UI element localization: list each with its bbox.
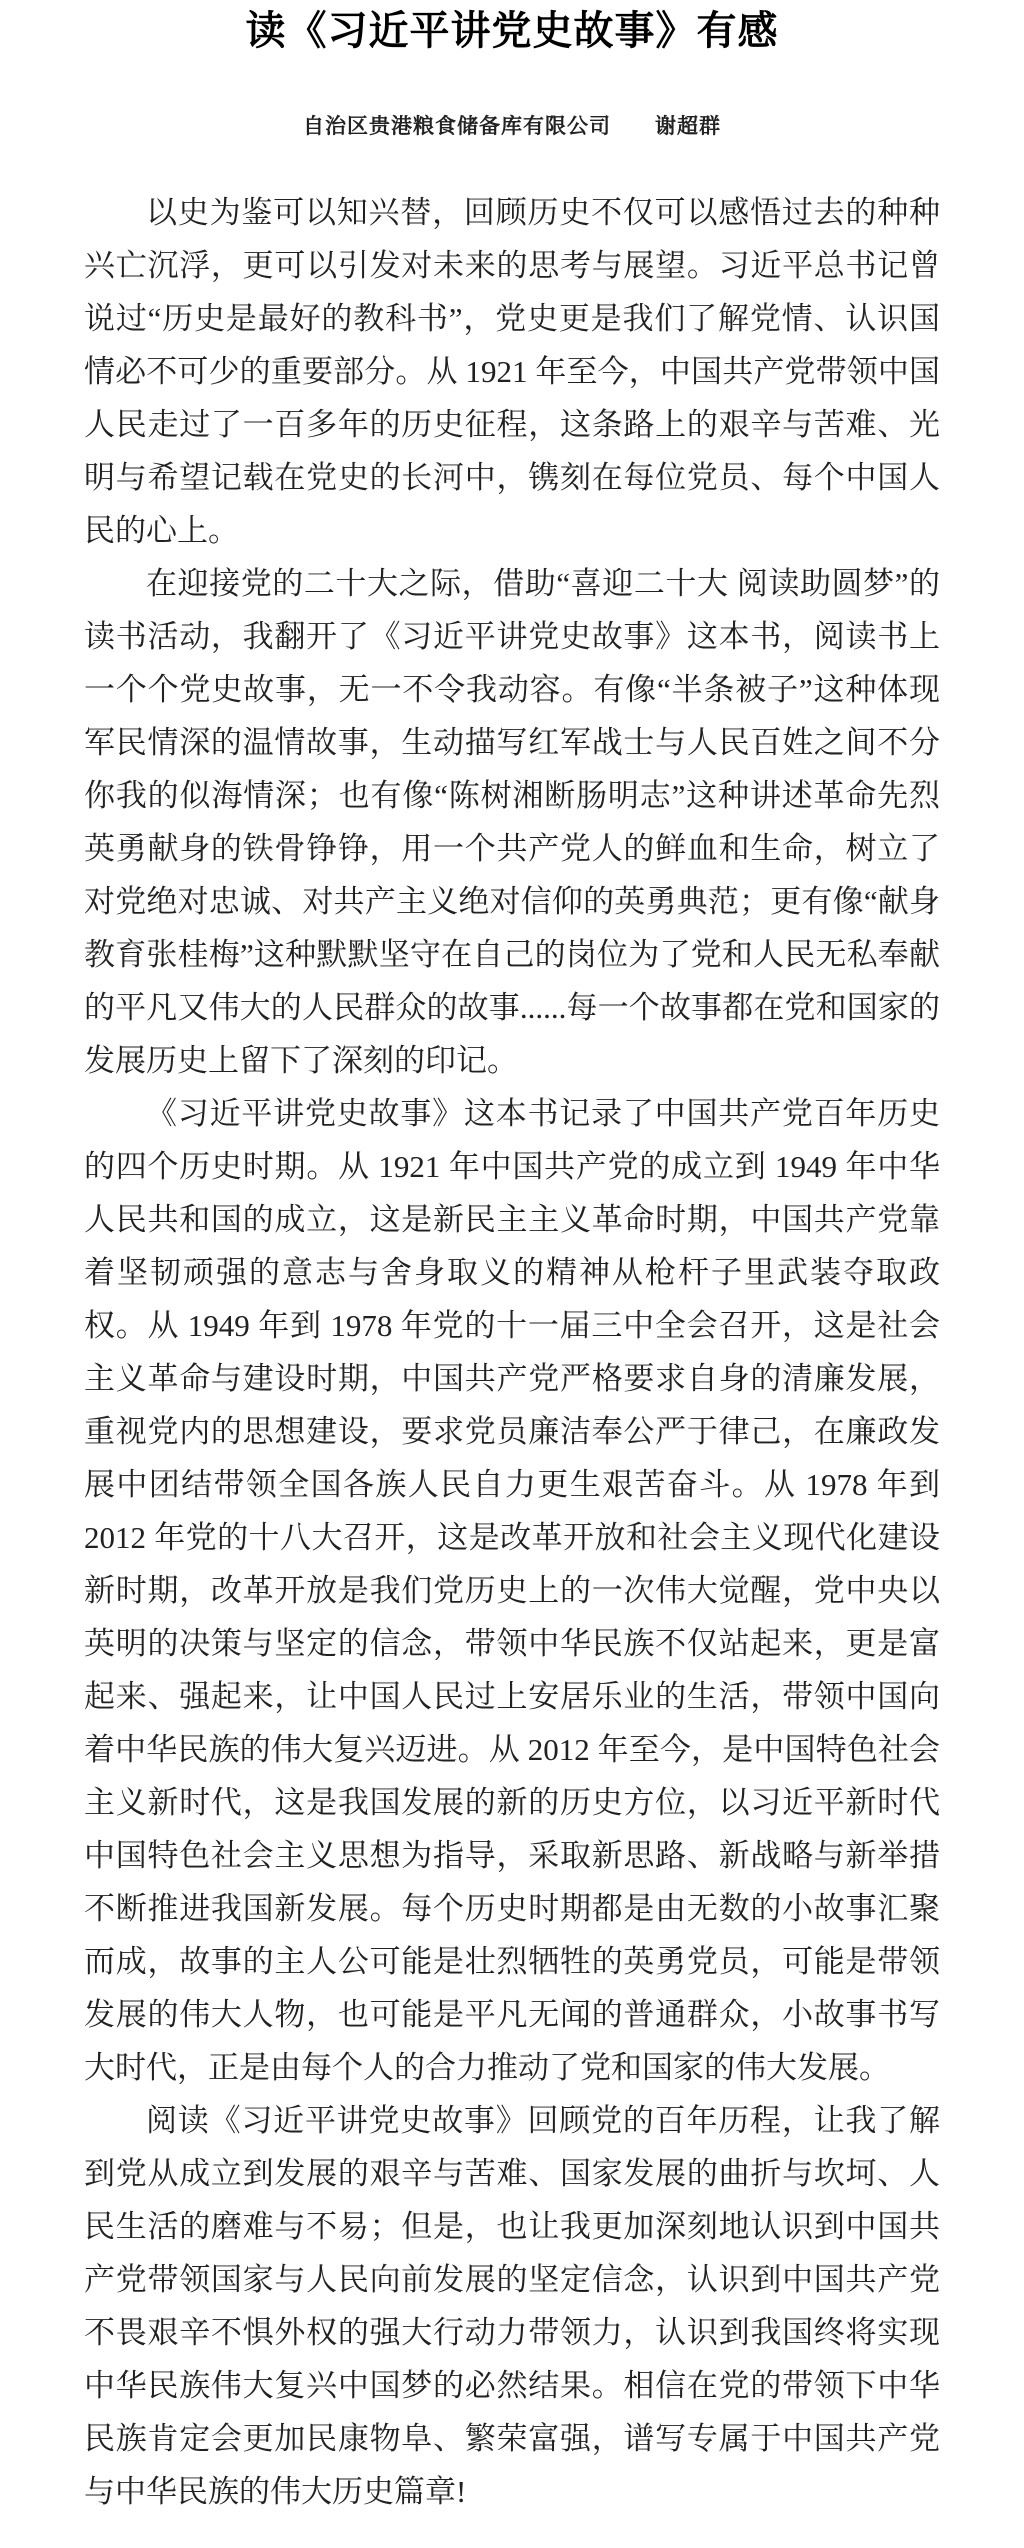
document-byline: 自治区贵港粮食储备库有限公司 谢超群 (84, 110, 940, 140)
paragraph-2: 在迎接党的二十大之际，借助“喜迎二十大 阅读助圆梦”的读书活动，我翻开了《习近平… (84, 557, 940, 1087)
document-page: 读《习近平讲党史故事》有感 自治区贵港粮食储备库有限公司 谢超群 以史为鉴可以知… (0, 0, 1024, 2548)
document-title: 读《习近平讲党史故事》有感 (84, 6, 940, 56)
paragraph-4: 阅读《习近平讲党史故事》回顾党的百年历程，让我了解到党从成立到发展的艰辛与苦难、… (84, 2094, 940, 2518)
paragraph-3: 《习近平讲党史故事》这本书记录了中国共产党百年历史的四个历史时期。从 1921 … (84, 1087, 940, 2094)
paragraph-1: 以史为鉴可以知兴替，回顾历史不仅可以感悟过去的种种兴亡沉浮，更可以引发对未来的思… (84, 186, 940, 557)
document-body: 以史为鉴可以知兴替，回顾历史不仅可以感悟过去的种种兴亡沉浮，更可以引发对未来的思… (84, 186, 940, 2518)
